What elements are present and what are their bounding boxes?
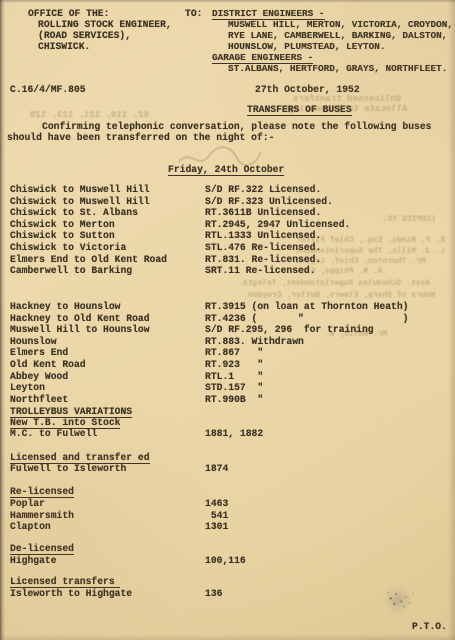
detail-cell: RTL.1333 Unlicensed. [205,230,321,241]
detail-cell: RT.2945, 2947 Unlicensed. [205,219,350,230]
table-row: Chiswick to SuttonRTL.1333 Unlicensed. [10,230,321,241]
detail-cell: RT.3611B Unlicensed. [205,207,321,218]
detail-cell: 541 [205,510,228,521]
route-cell: Highgate [10,555,205,566]
detail-cell: RT.867 " [205,347,263,358]
table-row: LeytonSTD.157 " [10,382,263,393]
route-cell: Chiswick to Victoria [10,242,205,253]
day-heading: Friday, 24th October [168,164,284,176]
table-row: Isleworth to Highgate136 [10,588,222,599]
detail-cell: 100,116 [205,555,246,566]
detail-cell: S/D RF.322 Licensed. [205,184,321,195]
route-cell: Leyton [10,382,205,393]
route-cell: Hounslow [10,336,205,347]
route-cell: Fulwell to Isleworth [10,463,205,474]
table-row: M.C. to Fulwell1881, 1882 [10,428,263,439]
table-row: Elmers End to Old Kent RoadRT.831. Re-li… [10,254,321,265]
table-row: Chiswick to MertonRT.2945, 2947 Unlicens… [10,219,350,230]
detail-cell: 1301 [205,521,228,532]
ghost-text-line: Asst. Schedules Superintendent, Telegts. [238,279,430,288]
office-line: OFFICE OF THE: [28,8,109,19]
date: 27th October, 1952 [255,84,360,95]
route-cell: Clapton [10,521,205,532]
detail-cell: S/D RF.295, 296 for training [205,324,374,335]
district-line: MUSWELL HILL, MERTON, VICTORIA, CROYDON, [228,19,453,30]
route-cell: Chiswick to Sutton [10,230,205,241]
licensed-transfers-heading: Licensed transfers [10,576,120,588]
table-row: Chiswick to Muswell HillS/D RF.323 Unlic… [10,196,333,207]
reference-number: C.16/4/MF.805 [10,84,86,95]
detail-cell: RTL.1 " [205,371,263,382]
route-cell: Northfleet [10,394,205,405]
table-row: Camberwell to BarkingSRT.11 Re-licensed. [10,265,315,276]
detail-cell: RT.923 " [205,359,263,370]
detail-cell: 1463 [205,498,228,509]
route-cell: Elmers End [10,347,205,358]
office-line: CHISWICK. [38,41,90,52]
detail-cell: 1881, 1882 [205,428,263,439]
district-line: HOUNSLOW, PLUMSTEAD, LEYTON. [228,41,386,52]
intro-line: Confirming telephonic conversation, plea… [42,121,432,132]
route-cell: Muswell Hill to Hounslow [10,324,205,335]
detail-cell: RT.990B " [205,394,263,405]
scanned-memo-page: Unlicensed transfers Allocate to Stonebr… [0,0,455,640]
detail-cell: RT.4236 ( " ) [205,313,408,324]
de-licensed-heading: De-licensed [10,543,74,555]
route-cell: Camberwell to Barking [10,265,205,276]
ghost-text-line: (COPIES TO: [383,215,436,224]
route-cell: M.C. to Fulwell [10,428,205,439]
route-cell: Hackney to Old Kent Road [10,313,205,324]
garage-line: ST.ALBANS, HERTFORD, GRAYS, NORTHFLEET. [228,63,447,74]
detail-cell: STL.476 Re-licensed. [205,242,321,253]
route-cell: Abbey Wood [10,371,205,382]
to-label: TO: [185,8,202,19]
table-row: Chiswick to VictoriaSTL.476 Re-licensed. [10,242,321,253]
route-cell: Poplar [10,498,205,509]
pto-label: P.T.O. [412,621,447,632]
route-cell: Chiswick to St. Albans [10,207,205,218]
intro-line: should have been transferred on the nigh… [7,132,274,143]
table-row: Abbey WoodRTL.1 " [10,371,263,382]
table-row: Hackney to HounslowRT.3915 (on loan at T… [10,301,408,312]
route-cell: Chiswick to Muswell Hill [10,196,205,207]
table-row: Clapton1301 [10,521,228,532]
table-row: Fulwell to Isleworth1874 [10,463,228,474]
ghost-text-line: Hours of Sharp, Elmers, Butler, Croydon [248,291,435,300]
route-cell: Hammersmith [10,510,205,521]
office-line: ROLLING STOCK ENGINEER, [38,19,172,30]
detail-cell: 136 [205,588,222,599]
route-cell: Hackney to Hounslow [10,301,205,312]
detail-cell: SRT.11 Re-licensed. [205,265,315,276]
table-row: Muswell Hill to HounslowS/D RF.295, 296 … [10,324,374,335]
detail-cell: S/D RF.323 Unlicensed. [205,196,333,207]
detail-cell: RT.883. Withdrawn [205,336,304,347]
ghost-text-line: Unlicensed transfers [293,94,401,104]
table-row: Chiswick to Muswell HillS/D RF.322 Licen… [10,184,321,195]
detail-cell: RT.831. Re-licensed. [205,254,321,265]
table-row: Chiswick to St. AlbansRT.3611B Unlicense… [10,207,321,218]
document-title: TRANSFERS OF BUSES [247,104,352,116]
office-line: (ROAD SERVICES), [38,30,131,41]
re-licensed-heading: Re-licensed [10,486,74,498]
table-row: Poplar1463 [10,498,228,509]
route-cell: Elmers End to Old Kent Road [10,254,205,265]
detail-cell: 1874 [205,463,228,474]
table-row: Highgate100,116 [10,555,246,566]
table-row: NorthfleetRT.990B " [10,394,263,405]
table-row: Elmers EndRT.867 " [10,347,263,358]
district-line: RYE LANE, CAMBERWELL, BARKING, DALSTON, [228,30,447,41]
ink-stain [383,585,421,615]
route-cell: Chiswick to Merton [10,219,205,230]
detail-cell: STD.157 " [205,382,263,393]
ghost-text-line: 52, 119, 121, 123, 128 [30,110,149,120]
table-row: HounslowRT.883. Withdrawn [10,336,304,347]
table-row: Hammersmith 541 [10,510,228,521]
route-cell: Old Kent Road [10,359,205,370]
table-row: Hackney to Old Kent RoadRT.4236 ( " ) [10,313,408,324]
route-cell: Isleworth to Highgate [10,588,205,599]
route-cell: Chiswick to Muswell Hill [10,184,205,195]
table-row: Old Kent RoadRT.923 " [10,359,263,370]
detail-cell: RT.3915 (on loan at Thornton Heath) [205,301,408,312]
